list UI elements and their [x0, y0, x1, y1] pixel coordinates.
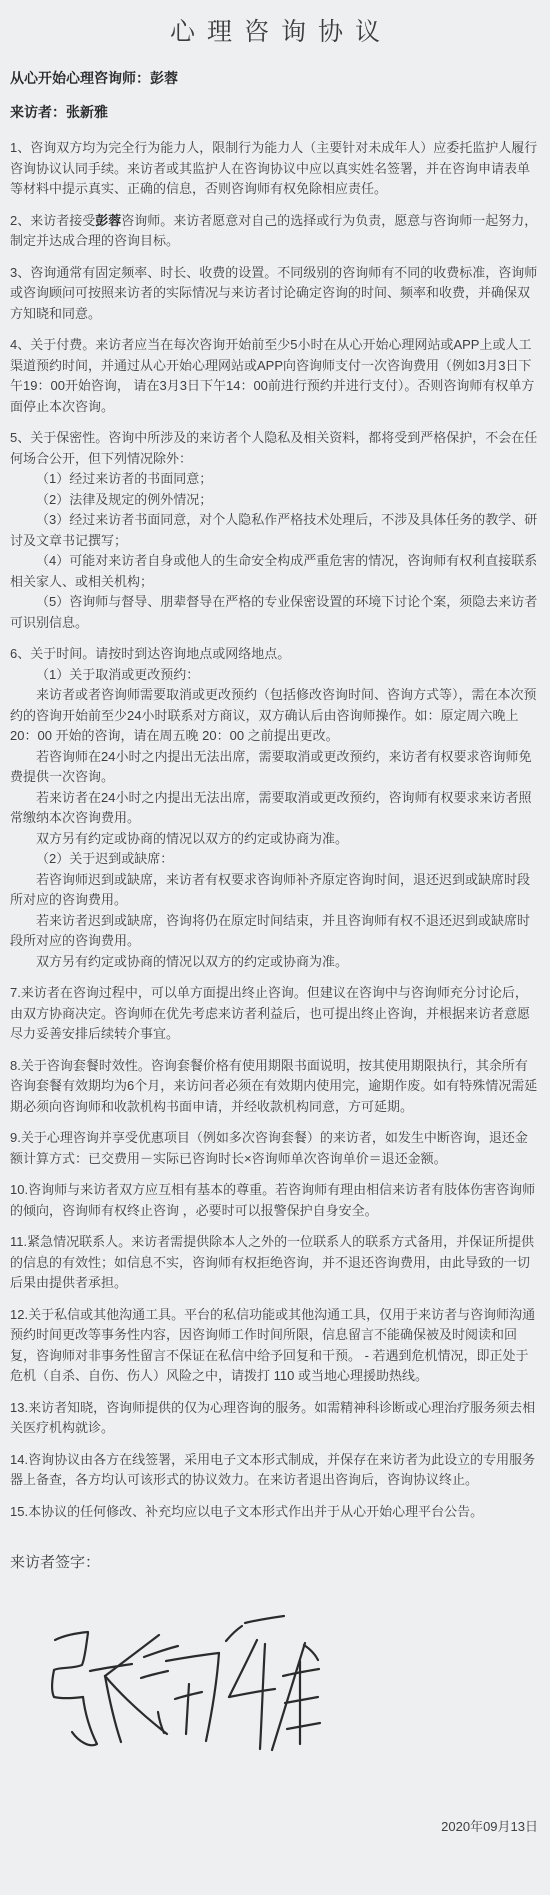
clause-segment: 6、关于时间。请按时到达咨询地点或网络地点。 [10, 644, 540, 665]
clause-12: 12.关于私信或其他沟通工具。平台的私信功能或其他沟通工具，仅用于来访者与咨询师… [10, 1305, 540, 1387]
clause-segment: （1）关于取消或更改预约： [10, 665, 540, 686]
text-run: 7.来访者在咨询过程中，可以单方面提出终止咨询。但建议在咨询中与咨询师充分讨论后… [10, 985, 530, 1041]
page-title: 心理咨询协议 [10, 12, 540, 48]
agreement-document: 心理咨询协议 从心开始心理咨询师：彭蓉 来访者：张新雅 1、咨询双方均为完全行为… [0, 0, 550, 1895]
clause-3: 3、咨询通常有固定频率、时长、收费的设置。不同级别的咨询师有不同的收费标准，咨询… [10, 263, 540, 325]
text-run: 13.来访者知晓，咨询师提供的仅为心理咨询的服务。如需精神科诊断或心理治疗服务须… [10, 1400, 535, 1436]
text-run: 2、来访者接受 [10, 213, 95, 228]
clause-segment: （2）法律及规定的例外情况； [10, 490, 540, 511]
bold-text-run: 彭蓉 [95, 213, 121, 228]
text-run: 6、关于时间。请按时到达咨询地点或网络地点。 [10, 646, 290, 661]
text-run: 5、关于保密性。咨询中所涉及的来访者个人隐私及相关资料，都将受到严格保护，不会在… [10, 430, 537, 466]
clause-segment: （3）经过来访者书面同意，对个人隐私作严格技术处理后，不涉及具体任务的教学、研讨… [10, 510, 540, 551]
clause-segment: （5）咨询师与督导、朋辈督导在严格的专业保密设置的环境下讨论个案，须隐去来访者可… [10, 592, 540, 633]
clause-1: 1、咨询双方均为完全行为能力人，限制行为能力人（主要针对未成年人）应委托监护人履… [10, 138, 540, 200]
text-run: 11.紧急情况联系人。来访者需提供除本人之外的一位联系人的联系方式备用，并保证所… [10, 1234, 534, 1290]
clauses: 1、咨询双方均为完全行为能力人，限制行为能力人（主要针对未成年人）应委托监护人履… [10, 138, 540, 1522]
clause-segment: 10.咨询师与来访者双方应互相有基本的尊重。若咨询师有理由相信来访者有肢体伤害咨… [10, 1180, 540, 1221]
clause-segment: 9.关于心理咨询并享受优惠项目（例如多次咨询套餐）的来访者，如发生中断咨询，退还… [10, 1128, 540, 1169]
clause-9: 9.关于心理咨询并享受优惠项目（例如多次咨询套餐）的来访者，如发生中断咨询，退还… [10, 1128, 540, 1169]
clause-8: 8.关于咨询套餐时效性。咨询套餐价格有使用期限书面说明，按其使用期限执行，其余所… [10, 1056, 540, 1118]
text-run: 双方另有约定或协商的情况以双方的约定或协商为准。 [36, 954, 348, 969]
document-date: 2020年09月13日 [10, 1816, 540, 1835]
clause-segment: 11.紧急情况联系人。来访者需提供除本人之外的一位联系人的联系方式备用，并保证所… [10, 1232, 540, 1294]
visitor-line: 来访者：张新雅 [10, 102, 540, 122]
clause-segment: 7.来访者在咨询过程中，可以单方面提出终止咨询。但建议在咨询中与咨询师充分讨论后… [10, 983, 540, 1045]
text-run: （3）经过来访者书面同意，对个人隐私作严格技术处理后，不涉及具体任务的教学、研讨… [10, 512, 537, 548]
clause-segment: 14.咨询协议由各方在线签署，采用电子文本形式制成，并保存在来访者为此设立的专用… [10, 1450, 540, 1491]
clause-5: 5、关于保密性。咨询中所涉及的来访者个人隐私及相关资料，都将受到严格保护，不会在… [10, 428, 540, 633]
text-run: （4）可能对来访者自身或他人的生命安全构成严重危害的情况，咨询师有权利直接联系相… [10, 553, 537, 589]
clause-segment: （4）可能对来访者自身或他人的生命安全构成严重危害的情况，咨询师有权利直接联系相… [10, 551, 540, 592]
text-run: （1）关于取消或更改预约： [36, 667, 199, 682]
text-run: 若咨询师在24小时之内提出无法出席，需要取消或更改预约，来访者有权要求咨询师免费… [10, 749, 531, 785]
clause-4: 4、关于付费。来访者应当在每次咨询开始前至少5小时在从心开始心理网站或APP上或… [10, 335, 540, 417]
text-run: 若来访者迟到或缺席，咨询将仍在原定时间结束，并且咨询师有权不退还迟到或缺席时段所… [10, 913, 530, 949]
text-run: （2）法律及规定的例外情况； [36, 492, 212, 507]
text-run: 1、咨询双方均为完全行为能力人，限制行为能力人（主要针对未成年人）应委托监护人履… [10, 140, 537, 196]
clause-segment: 15.本协议的任何修改、补充均应以电子文本形式作出并于从心开始心理平台公告。 [10, 1502, 540, 1523]
clause-10: 10.咨询师与来访者双方应互相有基本的尊重。若咨询师有理由相信来访者有肢体伤害咨… [10, 1180, 540, 1221]
clause-segment: （2）关于迟到或缺席： [10, 849, 540, 870]
counselor-line: 从心开始心理咨询师：彭蓉 [10, 68, 540, 88]
text-run: 10.咨询师与来访者双方应互相有基本的尊重。若咨询师有理由相信来访者有肢体伤害咨… [10, 1182, 535, 1218]
text-run: 14.咨询协议由各方在线签署，采用电子文本形式制成，并保存在来访者为此设立的专用… [10, 1452, 535, 1488]
signature-area [38, 1600, 323, 1772]
clause-14: 14.咨询协议由各方在线签署，采用电子文本形式制成，并保存在来访者为此设立的专用… [10, 1450, 540, 1491]
clause-segment: 2、来访者接受彭蓉咨询师。来访者愿意对自己的选择或行为负责，愿意与咨询师一起努力… [10, 211, 540, 252]
text-run: 15.本协议的任何修改、补充均应以电子文本形式作出并于从心开始心理平台公告。 [10, 1504, 483, 1519]
clause-segment: 5、关于保密性。咨询中所涉及的来访者个人隐私及相关资料，都将受到严格保护，不会在… [10, 428, 540, 469]
clause-segment: （1）经过来访者的书面同意； [10, 469, 540, 490]
clause-segment: 若来访者在24小时之内提出无法出席，需要取消或更改预约，咨询师有权要求来访者照常… [10, 788, 540, 829]
clause-segment: 若来访者迟到或缺席，咨询将仍在原定时间结束，并且咨询师有权不退还迟到或缺席时段所… [10, 911, 540, 952]
clause-segment: 8.关于咨询套餐时效性。咨询套餐价格有使用期限书面说明，按其使用期限执行，其余所… [10, 1056, 540, 1118]
clause-segment: 13.来访者知晓，咨询师提供的仅为心理咨询的服务。如需精神科诊断或心理治疗服务须… [10, 1398, 540, 1439]
signature-label: 来访者签字： [10, 1552, 540, 1574]
text-run: 若咨询师迟到或缺席，来访者有权要求咨询师补齐原定咨询时间，退还迟到或缺席时段所对… [10, 872, 530, 908]
clause-segment: 3、咨询通常有固定频率、时长、收费的设置。不同级别的咨询师有不同的收费标准，咨询… [10, 263, 540, 325]
text-run: 8.关于咨询套餐时效性。咨询套餐价格有使用期限书面说明，按其使用期限执行，其余所… [10, 1058, 537, 1114]
text-run: （1）经过来访者的书面同意； [36, 471, 212, 486]
clause-6: 6、关于时间。请按时到达咨询地点或网络地点。（1）关于取消或更改预约：来访者或者… [10, 644, 540, 972]
clause-11: 11.紧急情况联系人。来访者需提供除本人之外的一位联系人的联系方式备用，并保证所… [10, 1232, 540, 1294]
clause-13: 13.来访者知晓，咨询师提供的仅为心理咨询的服务。如需精神科诊断或心理治疗服务须… [10, 1398, 540, 1439]
clause-15: 15.本协议的任何修改、补充均应以电子文本形式作出并于从心开始心理平台公告。 [10, 1502, 540, 1523]
text-run: （5）咨询师与督导、朋辈督导在严格的专业保密设置的环境下讨论个案，须隐去来访者可… [10, 594, 537, 630]
clause-segment: 双方另有约定或协商的情况以双方的约定或协商为准。 [10, 829, 540, 850]
clause-7: 7.来访者在咨询过程中，可以单方面提出终止咨询。但建议在咨询中与咨询师充分讨论后… [10, 983, 540, 1045]
signature-scribble [38, 1600, 323, 1772]
text-run: 若来访者在24小时之内提出无法出席，需要取消或更改预约，咨询师有权要求来访者照常… [10, 790, 531, 826]
text-run: 9.关于心理咨询并享受优惠项目（例如多次咨询套餐）的来访者，如发生中断咨询，退还… [10, 1130, 528, 1166]
clause-segment: 双方另有约定或协商的情况以双方的约定或协商为准。 [10, 952, 540, 973]
clause-segment: 来访者或者咨询师需要取消或更改预约（包括修改咨询时间、咨询方式等），需在本次预约… [10, 685, 540, 747]
text-run: 12.关于私信或其他沟通工具。平台的私信功能或其他沟通工具，仅用于来访者与咨询师… [10, 1307, 535, 1384]
text-run: （2）关于迟到或缺席： [36, 851, 173, 866]
text-run: 双方另有约定或协商的情况以双方的约定或协商为准。 [36, 831, 348, 846]
clause-segment: 12.关于私信或其他沟通工具。平台的私信功能或其他沟通工具，仅用于来访者与咨询师… [10, 1305, 540, 1387]
text-run: 3、咨询通常有固定频率、时长、收费的设置。不同级别的咨询师有不同的收费标准，咨询… [10, 265, 537, 321]
clause-segment: 1、咨询双方均为完全行为能力人，限制行为能力人（主要针对未成年人）应委托监护人履… [10, 138, 540, 200]
clause-segment: 4、关于付费。来访者应当在每次咨询开始前至少5小时在从心开始心理网站或APP上或… [10, 335, 540, 417]
clause-2: 2、来访者接受彭蓉咨询师。来访者愿意对自己的选择或行为负责，愿意与咨询师一起努力… [10, 211, 540, 252]
clause-segment: 若咨询师迟到或缺席，来访者有权要求咨询师补齐原定咨询时间，退还迟到或缺席时段所对… [10, 870, 540, 911]
clause-segment: 若咨询师在24小时之内提出无法出席，需要取消或更改预约，来访者有权要求咨询师免费… [10, 747, 540, 788]
text-run: 4、关于付费。来访者应当在每次咨询开始前至少5小时在从心开始心理网站或APP上或… [10, 337, 534, 414]
text-run: 来访者或者咨询师需要取消或更改预约（包括修改咨询时间、咨询方式等），需在本次预约… [10, 687, 537, 743]
